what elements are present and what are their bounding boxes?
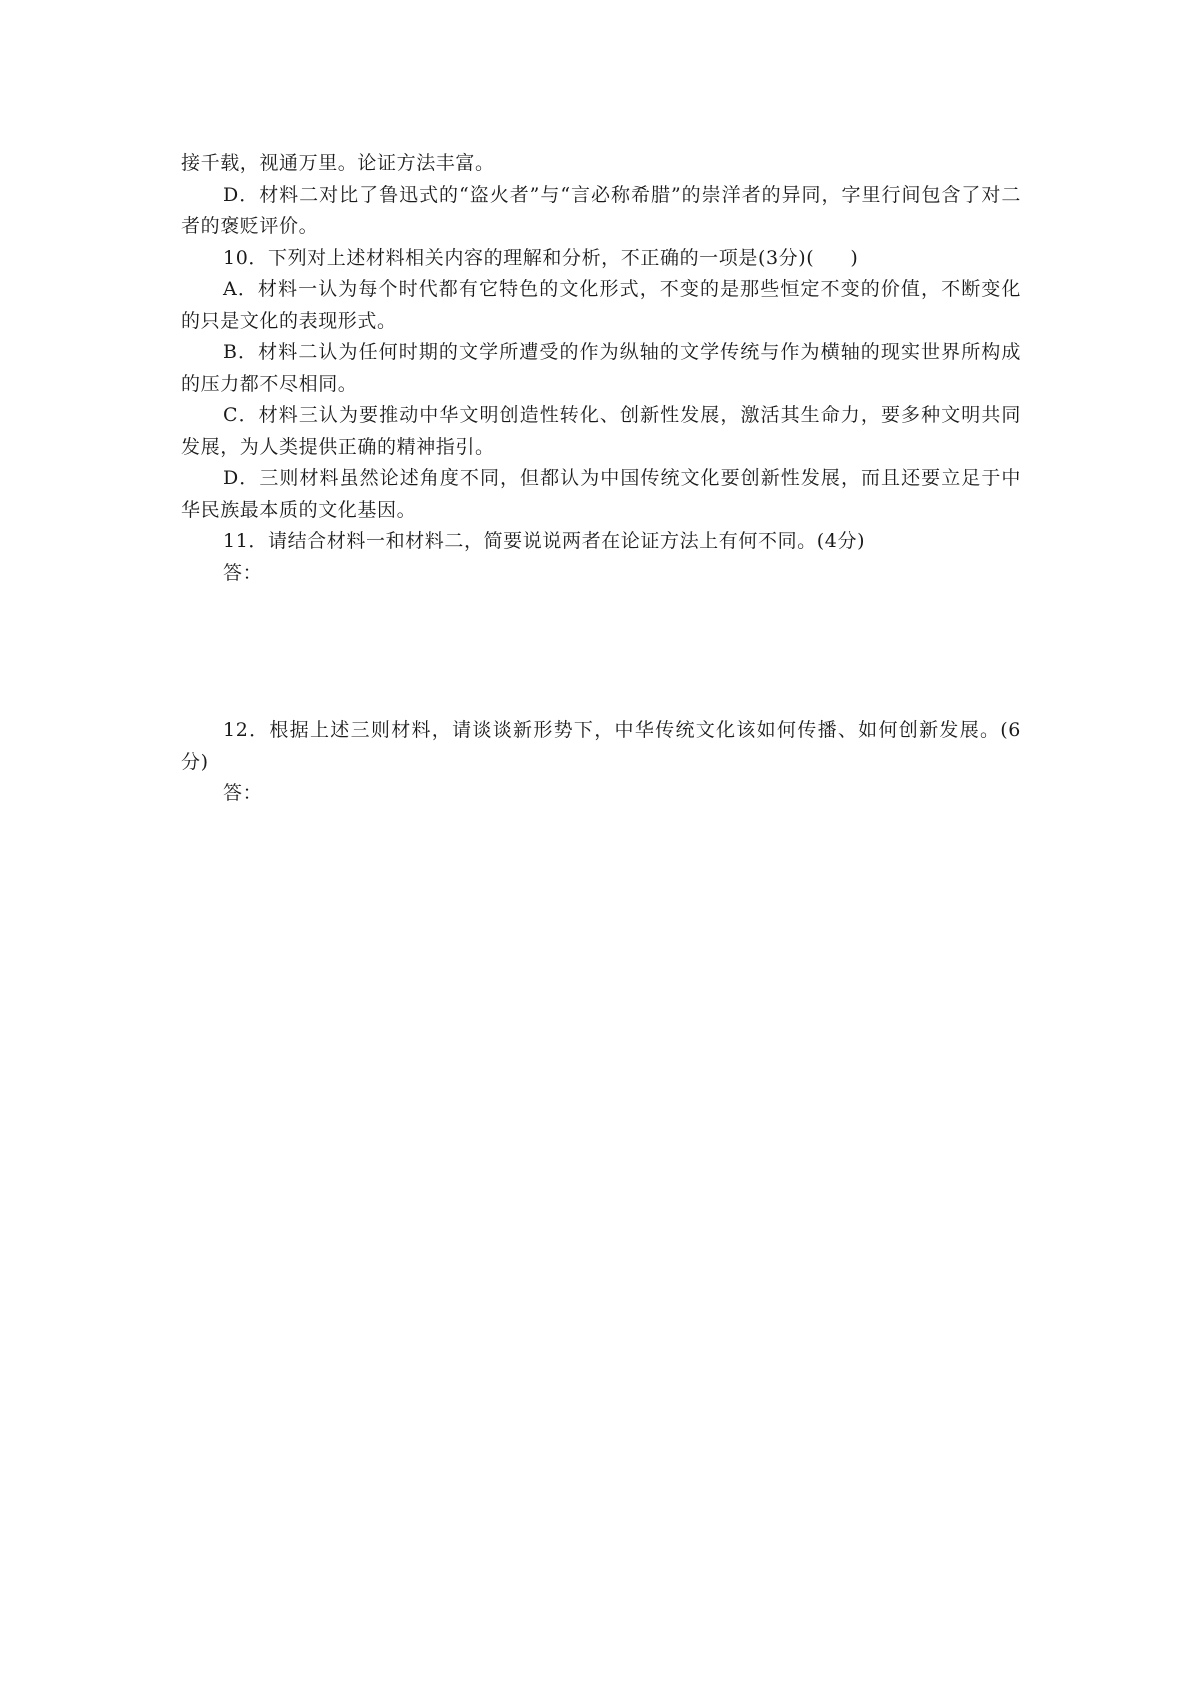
continuation-text: 接千载，视通万里。论证方法丰富。 bbox=[181, 148, 1021, 180]
q11-answer-label: 答： bbox=[181, 558, 1021, 590]
q11-stem: 11．请结合材料一和材料二，简要说说两者在论证方法上有何不同。(4分) bbox=[181, 526, 1021, 558]
q10-option-d: D．三则材料虽然论述角度不同，但都认为中国传统文化要创新性发展，而且还要立足于中… bbox=[181, 463, 1021, 526]
q12-answer-label: 答： bbox=[181, 778, 1021, 810]
document-page: 接千载，视通万里。论证方法丰富。 D．材料二对比了鲁迅式的“盗火者”与“言必称希… bbox=[181, 148, 1021, 810]
q10-option-b: B．材料二认为任何时期的文学所遭受的作为纵轴的文学传统与作为横轴的现实世界所构成… bbox=[181, 337, 1021, 400]
q10-stem: 10．下列对上述材料相关内容的理解和分析，不正确的一项是(3分)() bbox=[181, 243, 1021, 275]
q11-answer-space bbox=[181, 589, 1021, 715]
q10-option-a: A．材料一认为每个时代都有它特色的文化形式，不变的是那些恒定不变的价值，不断变化… bbox=[181, 274, 1021, 337]
q10-stem-close: ) bbox=[850, 247, 858, 269]
q10-option-c: C．材料三认为要推动中华文明创造性转化、创新性发展，激活其生命力，要多种文明共同… bbox=[181, 400, 1021, 463]
q12-stem: 12．根据上述三则材料，请谈谈新形势下，中华传统文化该如何传播、如何创新发展。(… bbox=[181, 715, 1021, 778]
q10-stem-text: 10．下列对上述材料相关内容的理解和分析，不正确的一项是(3分)( bbox=[223, 247, 814, 269]
q9-option-d: D．材料二对比了鲁迅式的“盗火者”与“言必称希腊”的崇洋者的异同，字里行间包含了… bbox=[181, 180, 1021, 243]
